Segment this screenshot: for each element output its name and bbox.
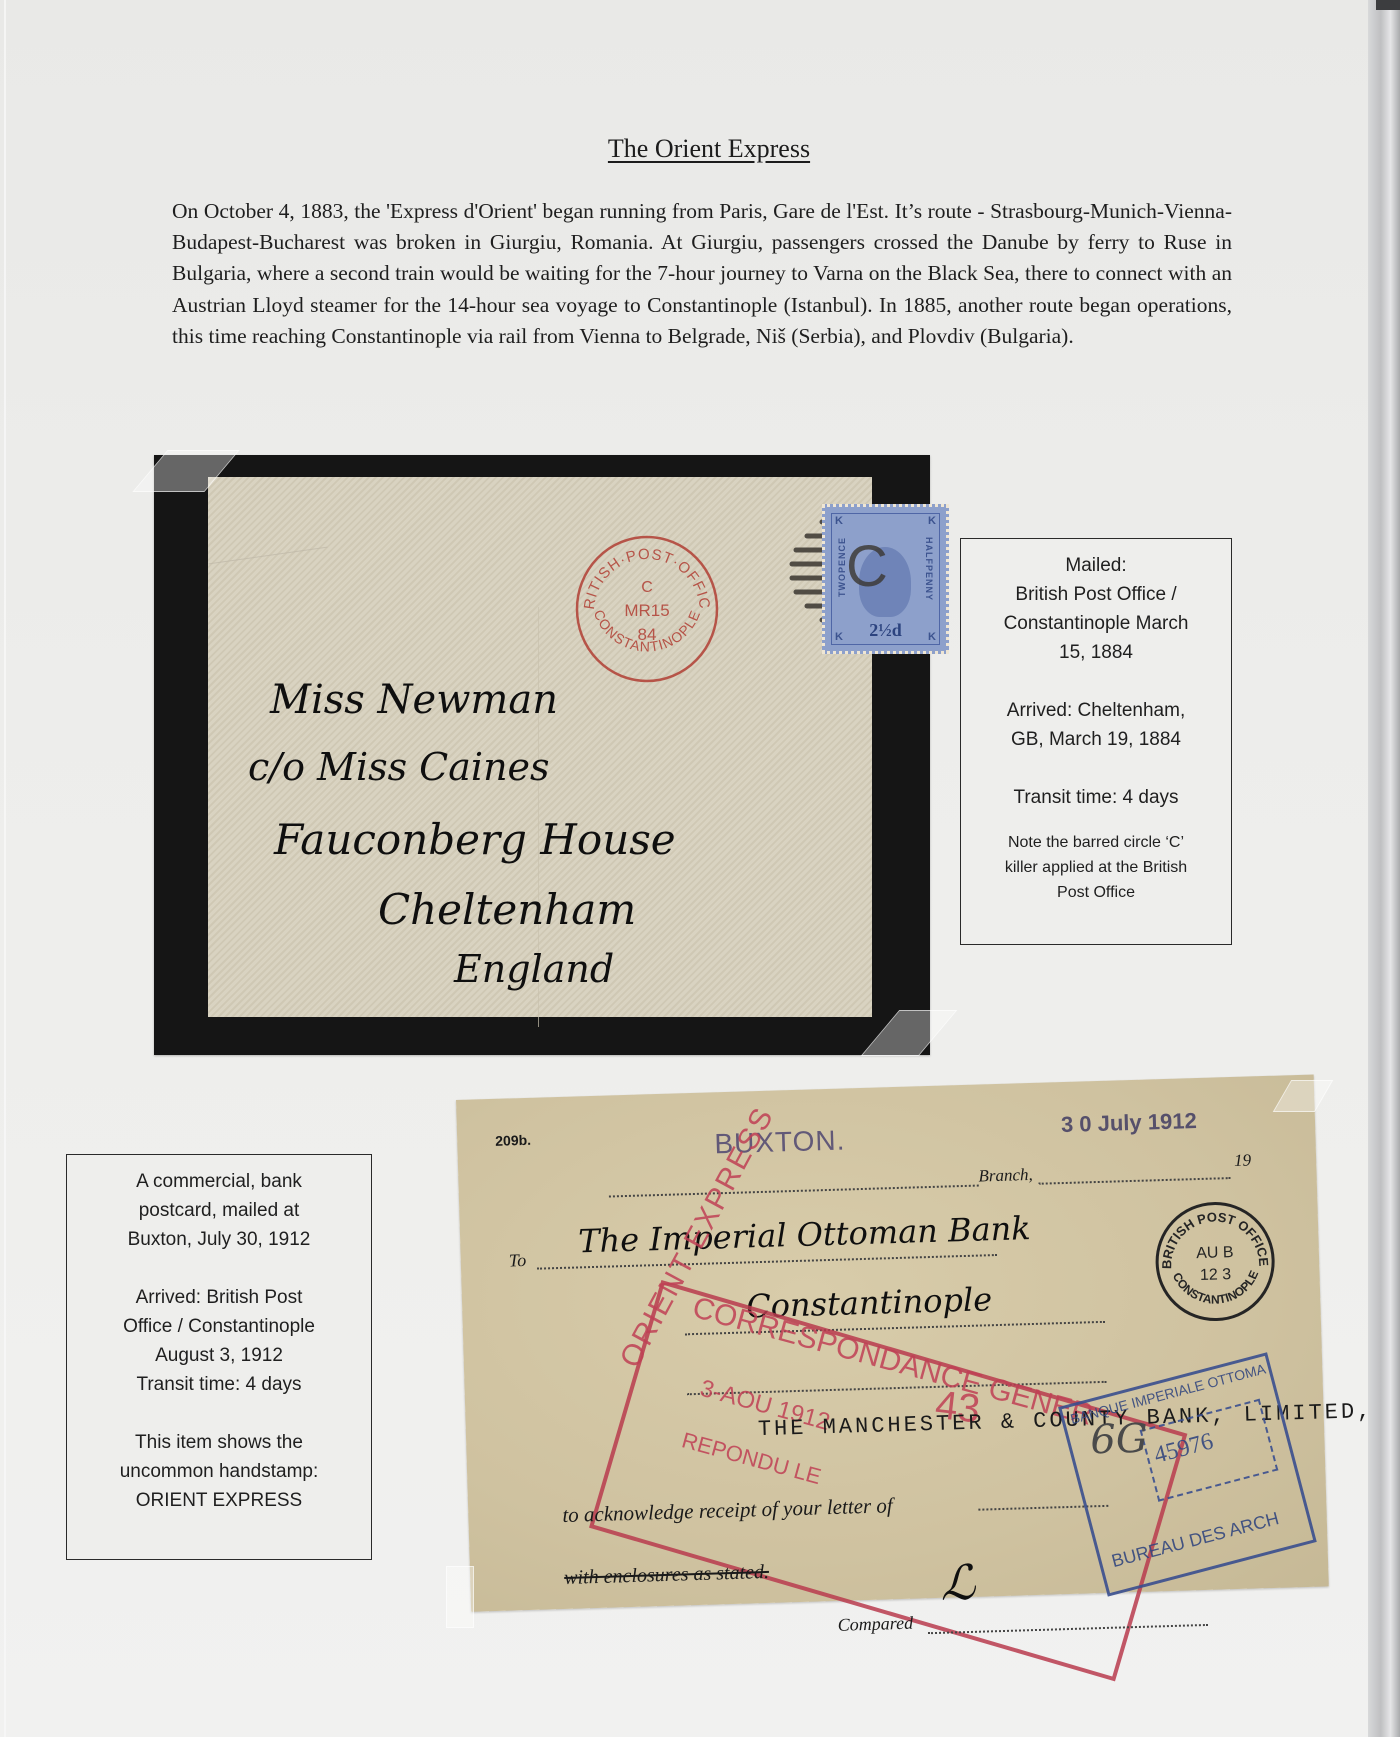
addressee-handwritten: The Imperial Ottoman Bank — [578, 1209, 1031, 1260]
svg-text:MR15: MR15 — [624, 601, 669, 620]
signature-initials: ℒ — [940, 1555, 976, 1612]
transit-time: Transit time: 4 days — [961, 783, 1231, 812]
red-postmark-constantinople: BRITISH·POST·OFFICE CONSTANTINOPLE C MR1… — [572, 534, 722, 684]
struck-enclosures-line: with enclosures as stated. — [564, 1561, 769, 1590]
svg-text:12 3: 12 3 — [1200, 1266, 1232, 1284]
mourning-envelope: K K K K TWOPENCE HALFPENNY 2½d C BRITISH — [154, 455, 930, 1055]
sleeve-edge — [4, 0, 6, 1737]
svg-text:84: 84 — [638, 625, 657, 644]
form-number: 209b. — [495, 1132, 531, 1149]
binder-ring — [1376, 0, 1400, 10]
mailed-label: Mailed: — [961, 551, 1231, 580]
svg-text:C: C — [641, 579, 653, 596]
transit-time: Transit time: 4 days — [67, 1370, 371, 1399]
address-line-1: Miss Newman — [270, 677, 558, 723]
queen-profile-icon — [859, 547, 911, 617]
address-line-2: c/o Miss Caines — [248, 745, 550, 789]
branch-label: Branch, — [978, 1165, 1033, 1187]
svg-text:AU B: AU B — [1196, 1244, 1234, 1262]
year-prefix: 19 — [1234, 1150, 1252, 1170]
cover1-description-box: Mailed: British Post Office / Constantin… — [960, 538, 1232, 945]
date-handstamp: 3 0 July 1912 — [1061, 1108, 1197, 1138]
address-line-4: Cheltenham — [378, 885, 636, 934]
stamp-2-5d-blue: K K K K TWOPENCE HALFPENNY 2½d — [822, 504, 949, 654]
svg-text:BRITISH·POST·OFFICE: BRITISH·POST·OFFICE — [572, 534, 713, 611]
pencil-annotation: 6G — [1090, 1416, 1149, 1464]
cover2-description-box: A commercial, bank postcard, mailed at B… — [66, 1154, 372, 1560]
binder-edge — [1368, 0, 1400, 1737]
intro-paragraph: On October 4, 1883, the 'Express d'Orien… — [172, 196, 1232, 352]
mount-corner — [446, 1566, 474, 1628]
page-title: The Orient Express — [0, 134, 1400, 164]
bank-postcard: 209b. BUXTON. 3 0 July 1912 Branch, 19 T… — [456, 1075, 1329, 1612]
compared-label: Compared — [837, 1613, 913, 1636]
black-postmark-constantinople: BRITISH POST OFFICE CONSTANTINOPLE AU B … — [1151, 1198, 1279, 1326]
address-line-5: England — [454, 947, 614, 991]
address-line-3: Fauconberg House — [274, 815, 676, 864]
to-label: To — [508, 1250, 526, 1272]
album-page: The Orient Express On October 4, 1883, t… — [0, 0, 1372, 1737]
envelope-front: K K K K TWOPENCE HALFPENNY 2½d C BRITISH — [208, 477, 872, 1017]
